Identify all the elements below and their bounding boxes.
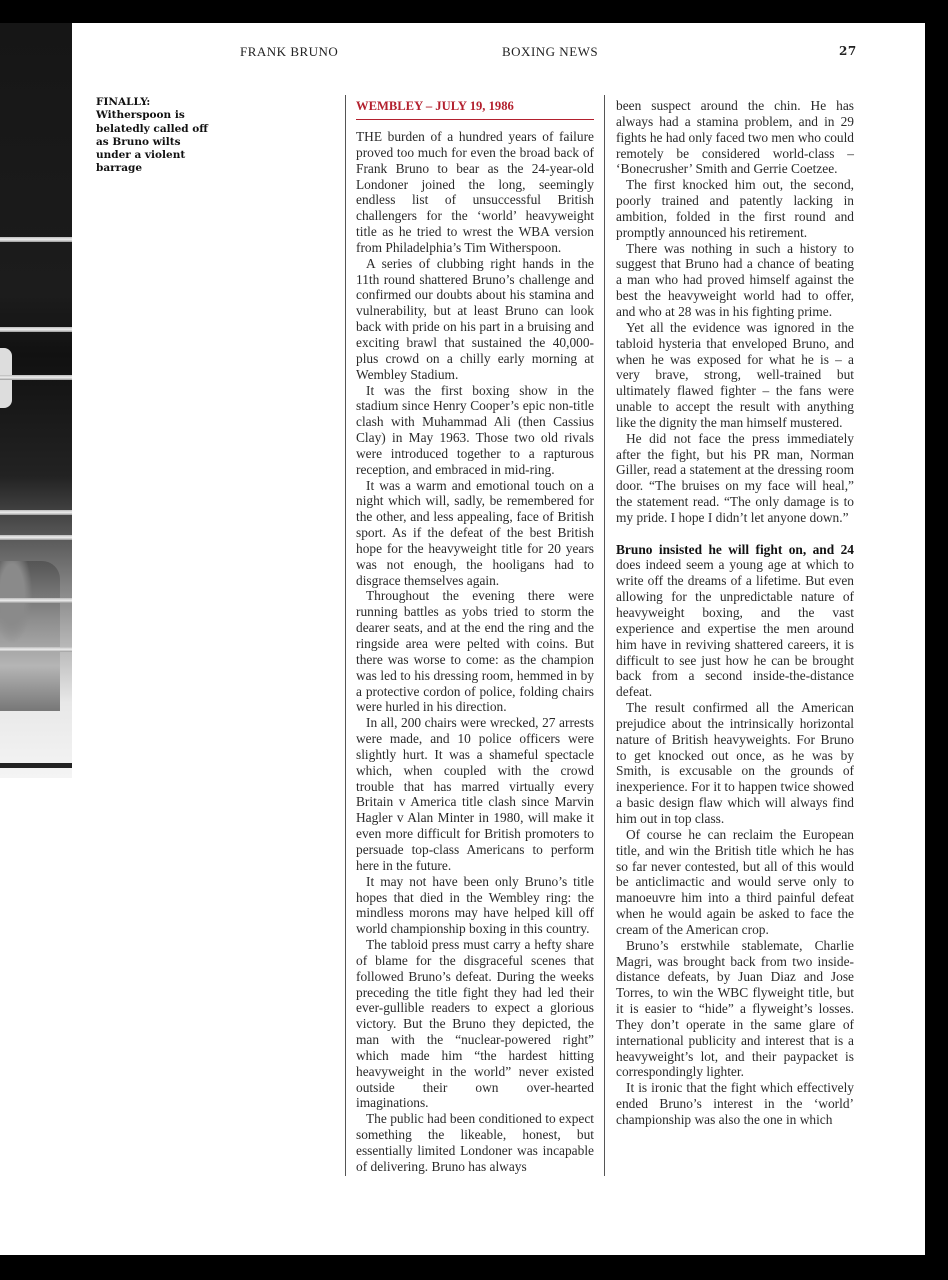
paragraph: Bruno’s erstwhile stablemate, Charlie Ma… [616,938,854,1081]
paragraph: It was the first boxing show in the stad… [356,383,594,478]
ring-rope [0,647,72,652]
lead-in-rest: does indeed seem a young age at which to… [616,557,854,699]
photo-caption: FINALLY: Witherspoon is belatedly called… [96,96,216,176]
paragraph: It is ironic that the fight which effect… [616,1080,854,1128]
ring-rope [0,598,72,603]
paragraph: THE burden of a hundred years of failure… [356,129,594,256]
paragraph: He did not face the press immediately af… [616,431,854,526]
article-kicker: WEMBLEY – JULY 19, 1986 [356,98,594,120]
paragraph: It may not have been only Bruno’s title … [356,874,594,937]
ring-rope [0,375,72,380]
running-head-publication: BOXING NEWS [502,44,598,60]
paragraph: Throughout the evening there were runnin… [356,588,594,715]
column-rule [604,95,605,1176]
photo-ringside-man [0,561,60,711]
section-lead-paragraph: Bruno insisted he will fight on, and 24 … [616,542,854,700]
page-number: 27 [839,44,857,58]
paragraph: Of course he can reclaim the European ti… [616,827,854,938]
paragraph: The first knocked him out, the second, p… [616,177,854,240]
lead-in-bold: Bruno insisted he will fight on, and 24 [616,542,854,557]
paragraph: Yet all the evidence was ignored in the … [616,320,854,431]
paragraph: been suspect around the chin. He has alw… [616,98,854,177]
paragraph: In all, 200 chairs were wrecked, 27 arre… [356,715,594,873]
ring-rope [0,510,72,515]
paragraph: The public had been conditioned to expec… [356,1111,594,1174]
ring-rope [0,327,72,332]
paragraph: The tabloid press must carry a hefty sha… [356,937,594,1111]
paragraph: A series of clubbing right hands in the … [356,256,594,383]
paragraph: It was a warm and emotional touch on a n… [356,478,594,589]
ring-rope [0,763,72,768]
page-margin [0,778,72,1255]
paragraph: The result confirmed all the American pr… [616,700,854,827]
article-column-1: WEMBLEY – JULY 19, 1986 THE burden of a … [356,98,594,1175]
article-column-2: been suspect around the chin. He has alw… [616,98,854,1128]
column-rule [345,95,346,1176]
running-head-section: FRANK BRUNO [240,44,338,60]
ring-rope [0,535,72,540]
ringside-photo [0,23,72,778]
ring-rope [0,237,72,242]
paragraph: There was nothing in such a history to s… [616,241,854,320]
caption-text: Witherspoon is belatedly called off as B… [96,109,216,175]
caption-label: FINALLY: [96,96,216,109]
